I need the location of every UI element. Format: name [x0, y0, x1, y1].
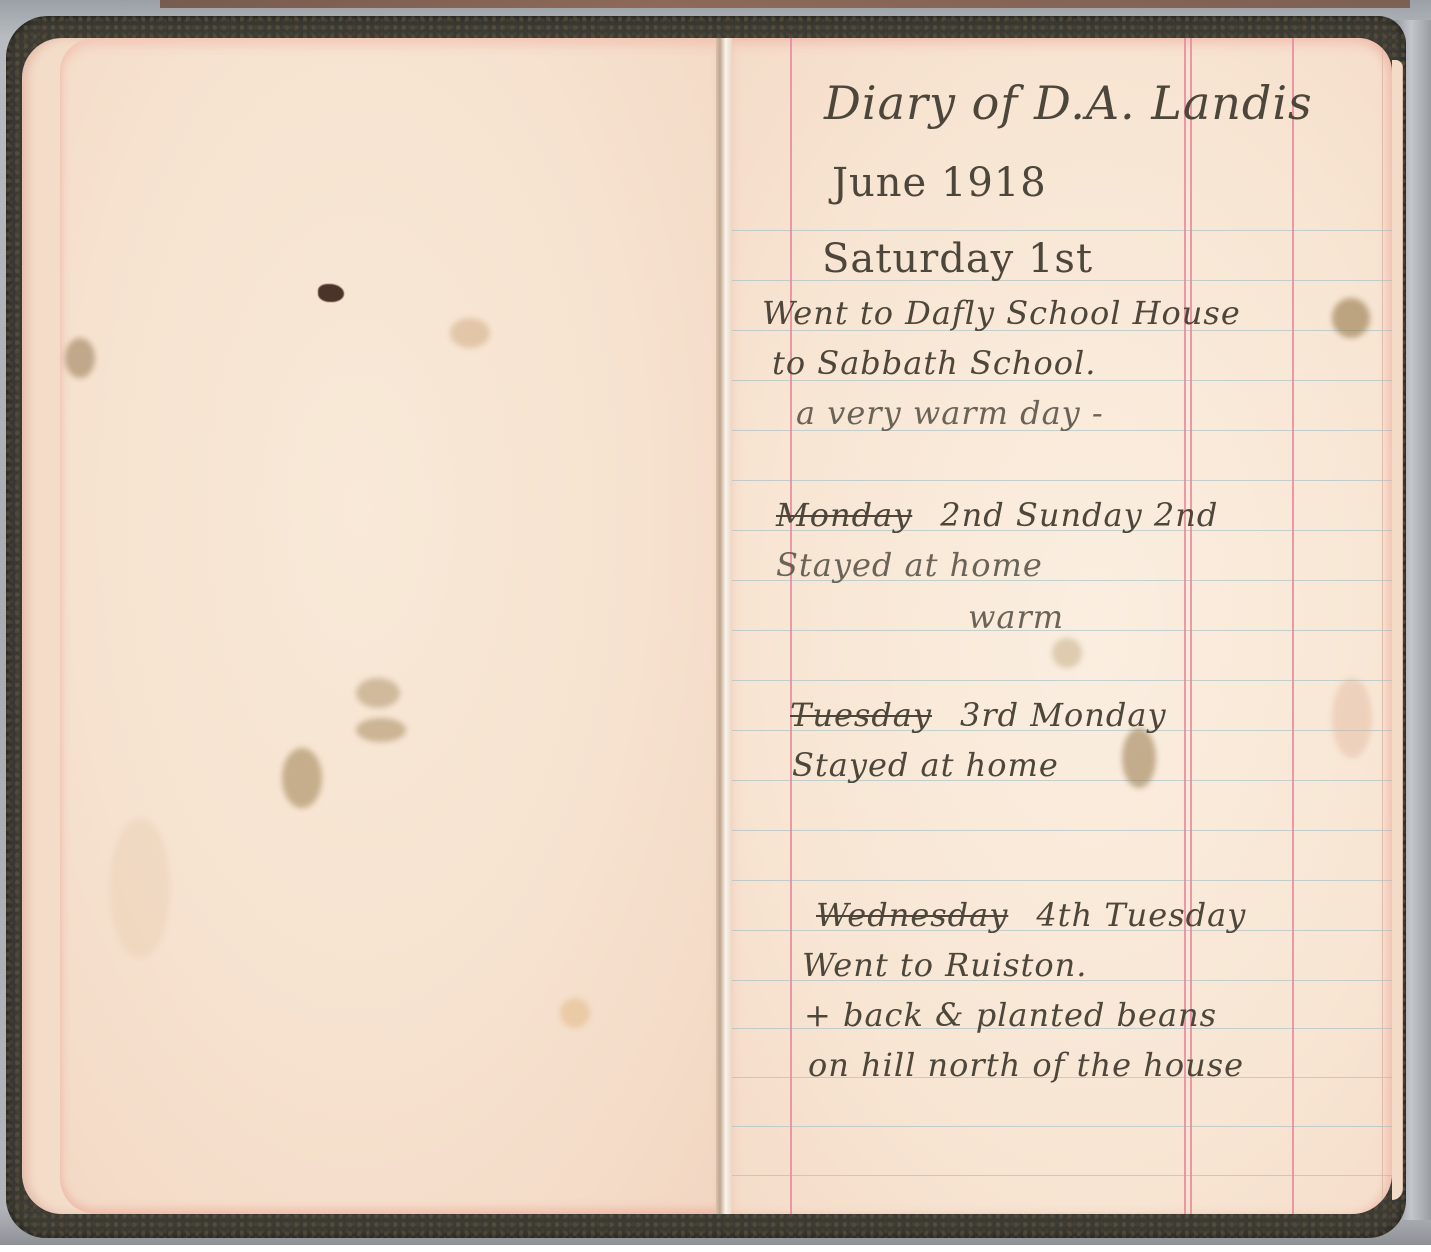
page-stack-edge-right [1392, 60, 1403, 1200]
column-line [1190, 38, 1192, 1214]
scanner-top-band [160, 0, 1410, 8]
entry-heading: Wednesday4th Tuesday [816, 896, 1246, 934]
diary-title: Diary of D.A. Landis [824, 76, 1313, 130]
entry-line: on hill north of the house [808, 1046, 1244, 1084]
entry-heading: Monday2nd Sunday 2nd [776, 496, 1218, 534]
entry-line: a very warm day - [796, 394, 1104, 432]
column-line [1292, 38, 1294, 1214]
column-line [1184, 38, 1186, 1214]
stain [1332, 678, 1372, 758]
stain [356, 678, 400, 708]
margin-line [790, 38, 792, 1214]
entry-day-label: 2nd Sunday 2nd [940, 496, 1218, 534]
left-page [60, 38, 722, 1214]
book-spine [716, 38, 732, 1214]
entry-line: Stayed at home [792, 746, 1059, 784]
entry-day-label: Saturday 1st [822, 236, 1093, 282]
right-page: Diary of D.A. Landis June 1918 Saturday … [732, 38, 1392, 1214]
entry-line: to Sabbath School. [772, 344, 1096, 382]
stain [450, 318, 490, 348]
stain [1122, 728, 1156, 788]
stain [1052, 638, 1082, 668]
right-edge-line [1382, 38, 1383, 1214]
entry-line: Went to Dafly School House [762, 294, 1241, 332]
stain [356, 718, 406, 742]
entry-line: + back & planted beans [804, 996, 1217, 1034]
stain [560, 998, 590, 1028]
entry-day-label: 4th Tuesday [1036, 896, 1246, 934]
struck-day: Monday [776, 496, 912, 534]
struck-day: Tuesday [790, 696, 932, 734]
struck-day: Wednesday [816, 896, 1008, 934]
stain [110, 818, 170, 958]
stain [65, 338, 95, 378]
entry-line: warm [968, 598, 1064, 636]
stain [282, 748, 322, 808]
entry-heading: Tuesday3rd Monday [790, 696, 1167, 734]
entry-line: Went to Ruiston. [802, 946, 1087, 984]
month-year: June 1918 [832, 160, 1047, 206]
entry-day-label: 3rd Monday [960, 696, 1167, 734]
stain [1332, 298, 1370, 338]
entry-line: Stayed at home [776, 546, 1043, 584]
ink-blot [318, 284, 344, 302]
